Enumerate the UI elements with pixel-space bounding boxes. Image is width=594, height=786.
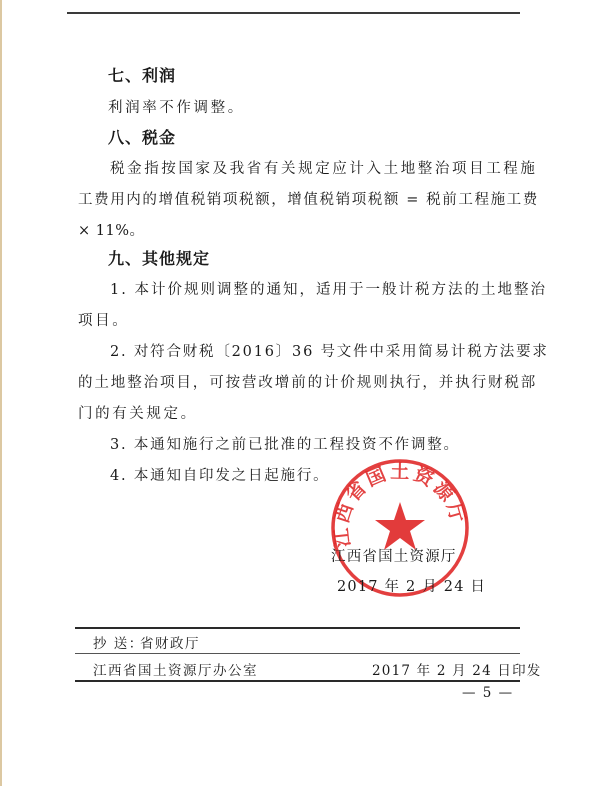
page-edge-strip	[0, 0, 2, 786]
rule-item-1-line-1: 1. 本计价规则调整的通知，适用于一般计税方法的土地整治	[110, 278, 547, 299]
rule-item-2-line-2: 的土地整治项目，可按营改增前的计价规则执行，并执行财税部	[78, 371, 537, 392]
footer-rule-middle	[75, 653, 520, 654]
section-heading-other: 九、其他规定	[108, 246, 210, 269]
rule-item-2-line-3: 门的有关规定。	[78, 402, 198, 423]
header-rule	[67, 12, 520, 14]
signature-date: 2017 年 2 月 24 日	[337, 575, 486, 596]
footer-rule-top	[75, 627, 520, 629]
cc-recipient: 省财政厅	[140, 632, 200, 652]
rule-item-4: 4. 本通知自印发之日起施行。	[110, 464, 329, 485]
paragraph-tax-line-3: × 11%。	[78, 219, 145, 240]
section-heading-profit: 七、利润	[108, 63, 176, 86]
paragraph-profit: 利润率不作调整。	[108, 96, 245, 117]
footer-rule-bottom	[75, 680, 520, 682]
signature-issuer: 江西省国土资源厅	[331, 545, 457, 566]
page-number: — 5 —	[462, 685, 514, 701]
rule-item-1-line-2: 项目。	[78, 309, 129, 330]
issuing-office: 江西省国土资源厅办公室	[93, 659, 258, 679]
rule-item-3: 3. 本通知施行之前已批准的工程投资不作调整。	[110, 433, 460, 454]
issue-date: 2017 年 2 月 24 日印发	[372, 659, 541, 679]
section-heading-tax: 八、税金	[108, 125, 176, 148]
paragraph-tax-line-1: 税金指按国家及我省有关规定应计入土地整治项目工程施	[110, 157, 538, 178]
paragraph-tax-line-2: 工费用内的增值税销项税额，增值税销项税额 = 税前工程施工费	[78, 188, 539, 209]
cc-label: 抄 送：	[93, 632, 144, 652]
rule-item-2-line-1: 2. 对符合财税〔2016〕36 号文件中采用简易计税方法要求	[110, 340, 549, 361]
